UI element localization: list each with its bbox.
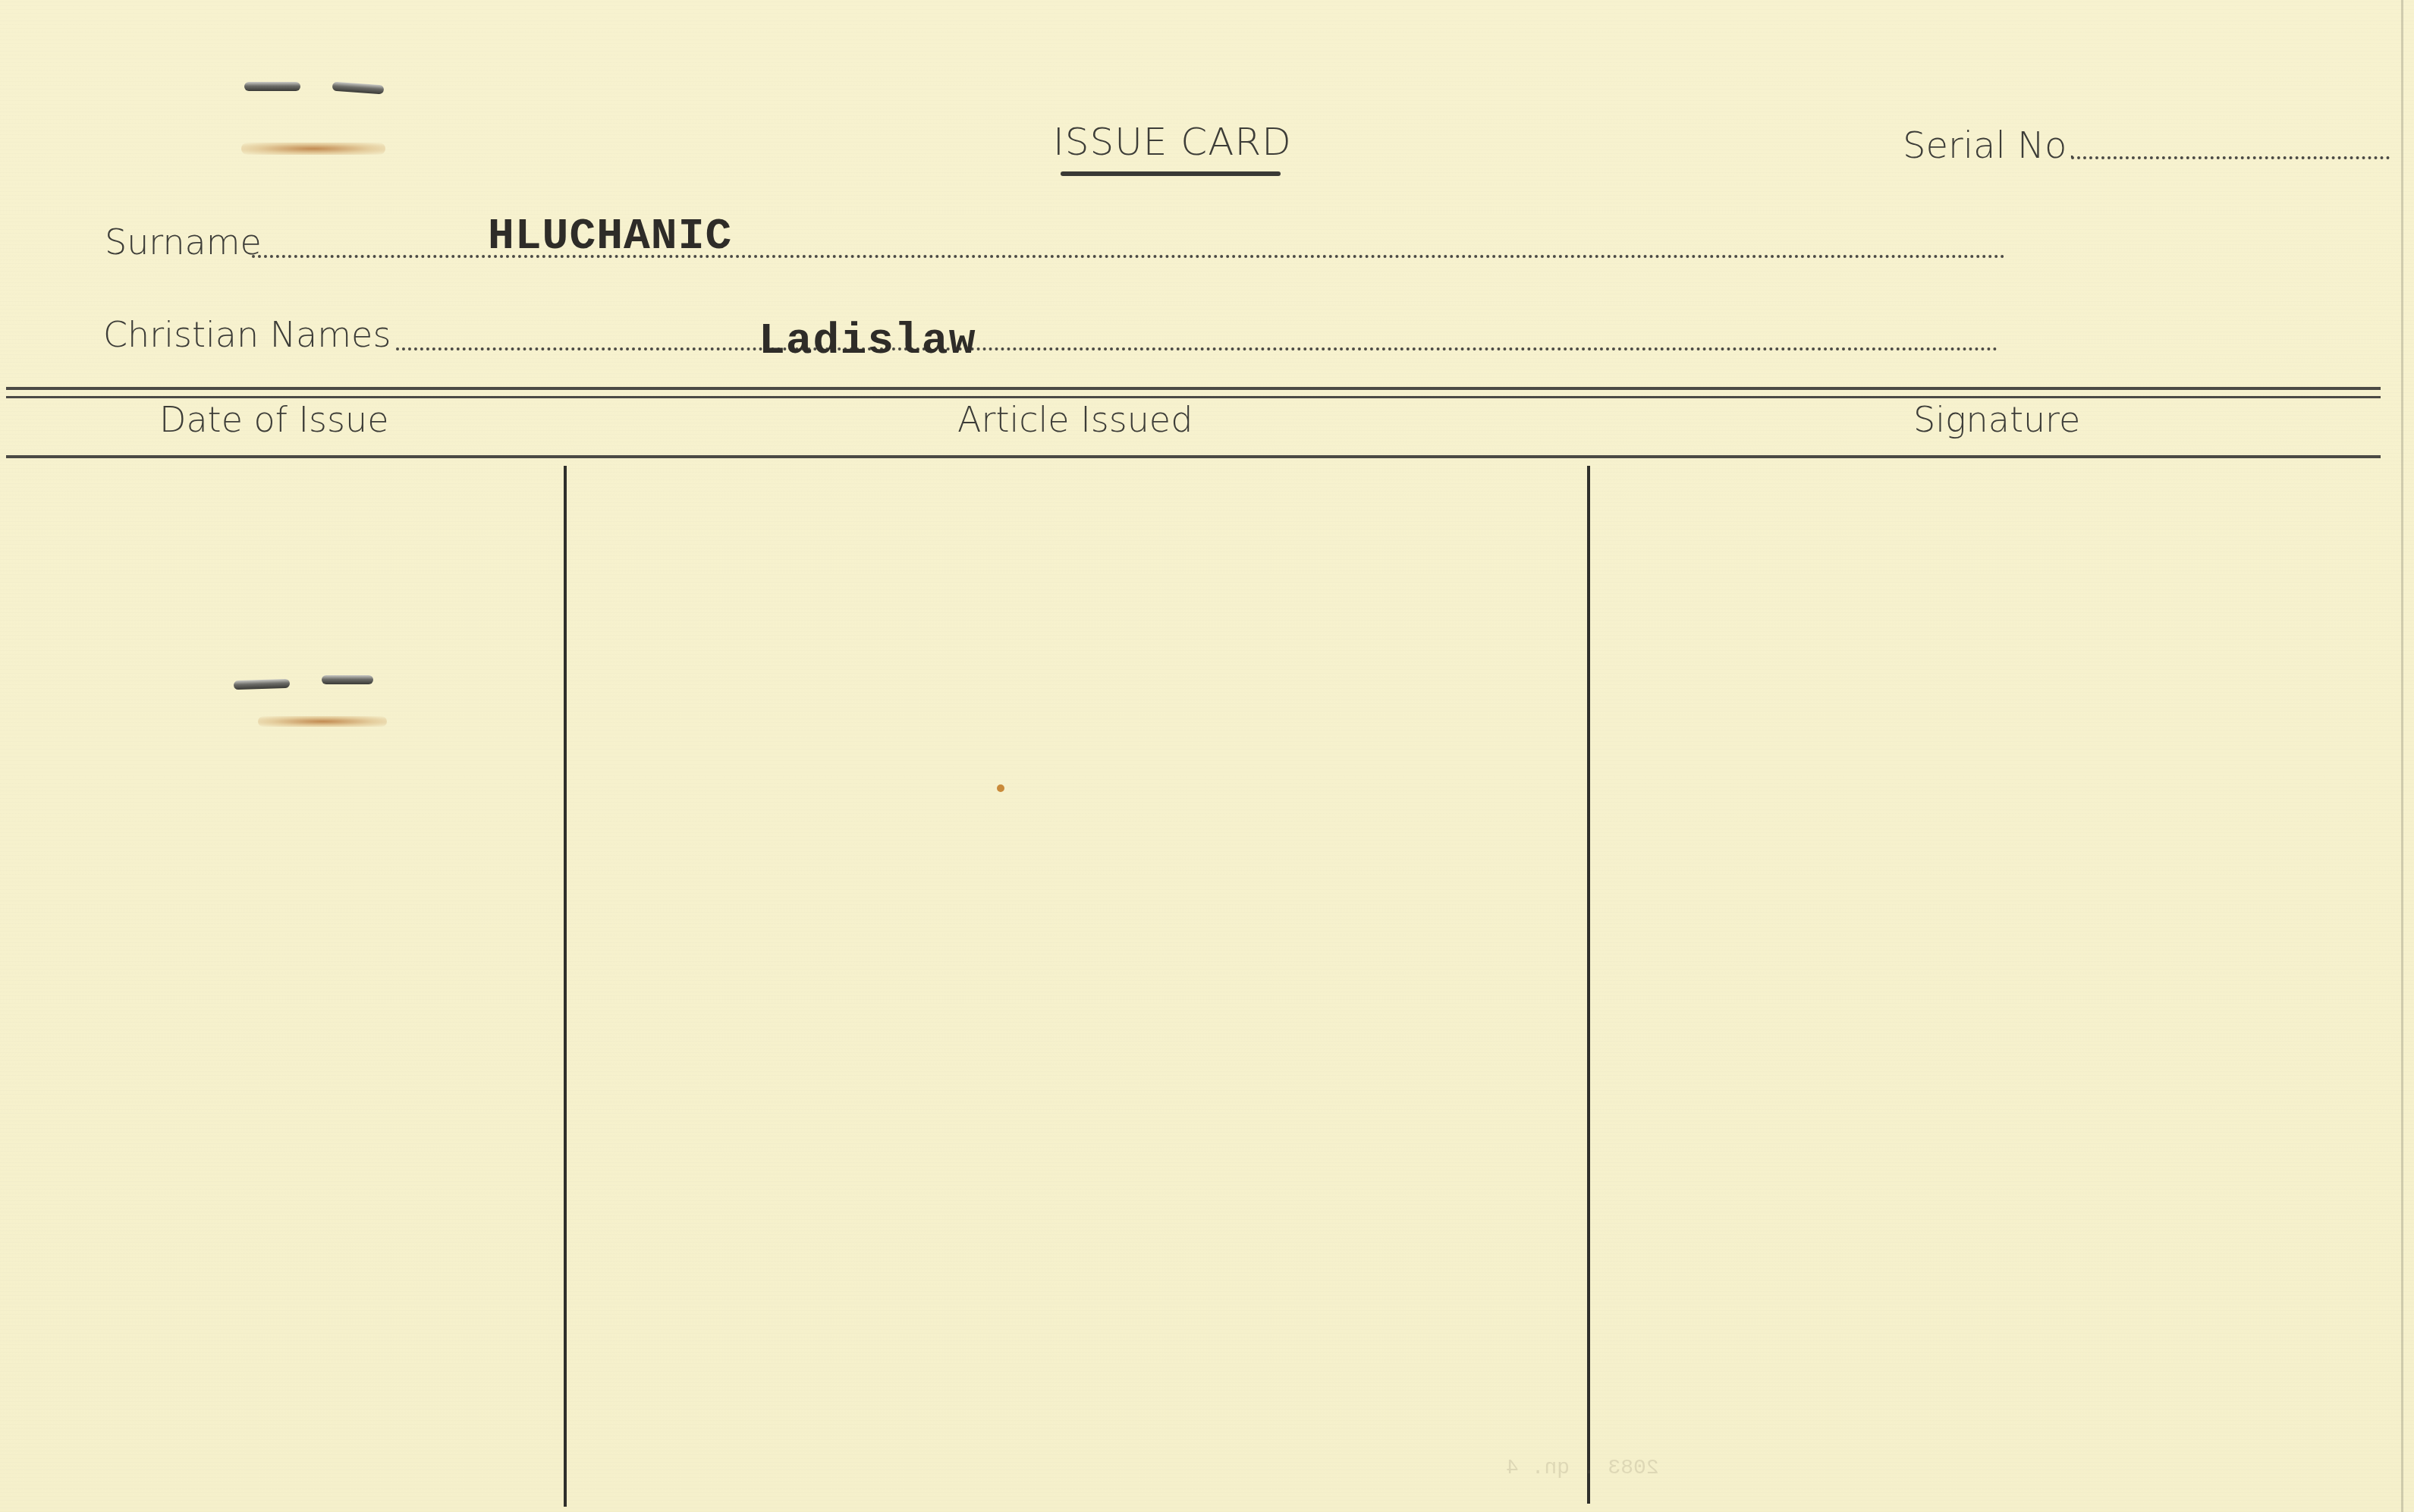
signature-column[interactable] (1593, 461, 2382, 1508)
column-divider-1 (564, 466, 567, 1507)
title-underline (1061, 171, 1281, 176)
article-issued-column[interactable] (570, 461, 1584, 1508)
christian-names-label: Christian Names (103, 314, 391, 355)
column-divider-2 (1587, 466, 1590, 1504)
column-header-article-issued: Article Issued (957, 399, 1193, 440)
staple-icon (244, 82, 300, 91)
card-title: ISSUE CARD (1053, 120, 1292, 164)
rust-stain (241, 143, 385, 155)
column-header-signature: Signature (1913, 399, 2080, 440)
christian-names-value[interactable]: Ladislaw (759, 317, 976, 366)
surname-value[interactable]: HLUCHANIC (488, 212, 732, 262)
header-rule-top (6, 387, 2381, 390)
serial-number-field[interactable] (2071, 156, 2390, 159)
issue-card: ISSUE CARD Serial No. Surname HLUCHANIC … (0, 0, 2414, 1512)
card-right-edge (2401, 0, 2403, 1512)
date-of-issue-column[interactable] (6, 461, 560, 1508)
christian-names-field-line (396, 347, 1998, 350)
serial-number-label: Serial No. (1903, 124, 2078, 167)
header-rule-second (6, 396, 2381, 398)
staple-icon (332, 82, 385, 95)
surname-label: Surname (105, 222, 262, 262)
faint-reverse-stamp: 2083 . qn. 4 (1506, 1457, 1659, 1480)
ink-spot (997, 784, 1004, 792)
column-header-date-of-issue: Date of Issue (159, 399, 388, 440)
header-rule-bottom (6, 455, 2381, 458)
